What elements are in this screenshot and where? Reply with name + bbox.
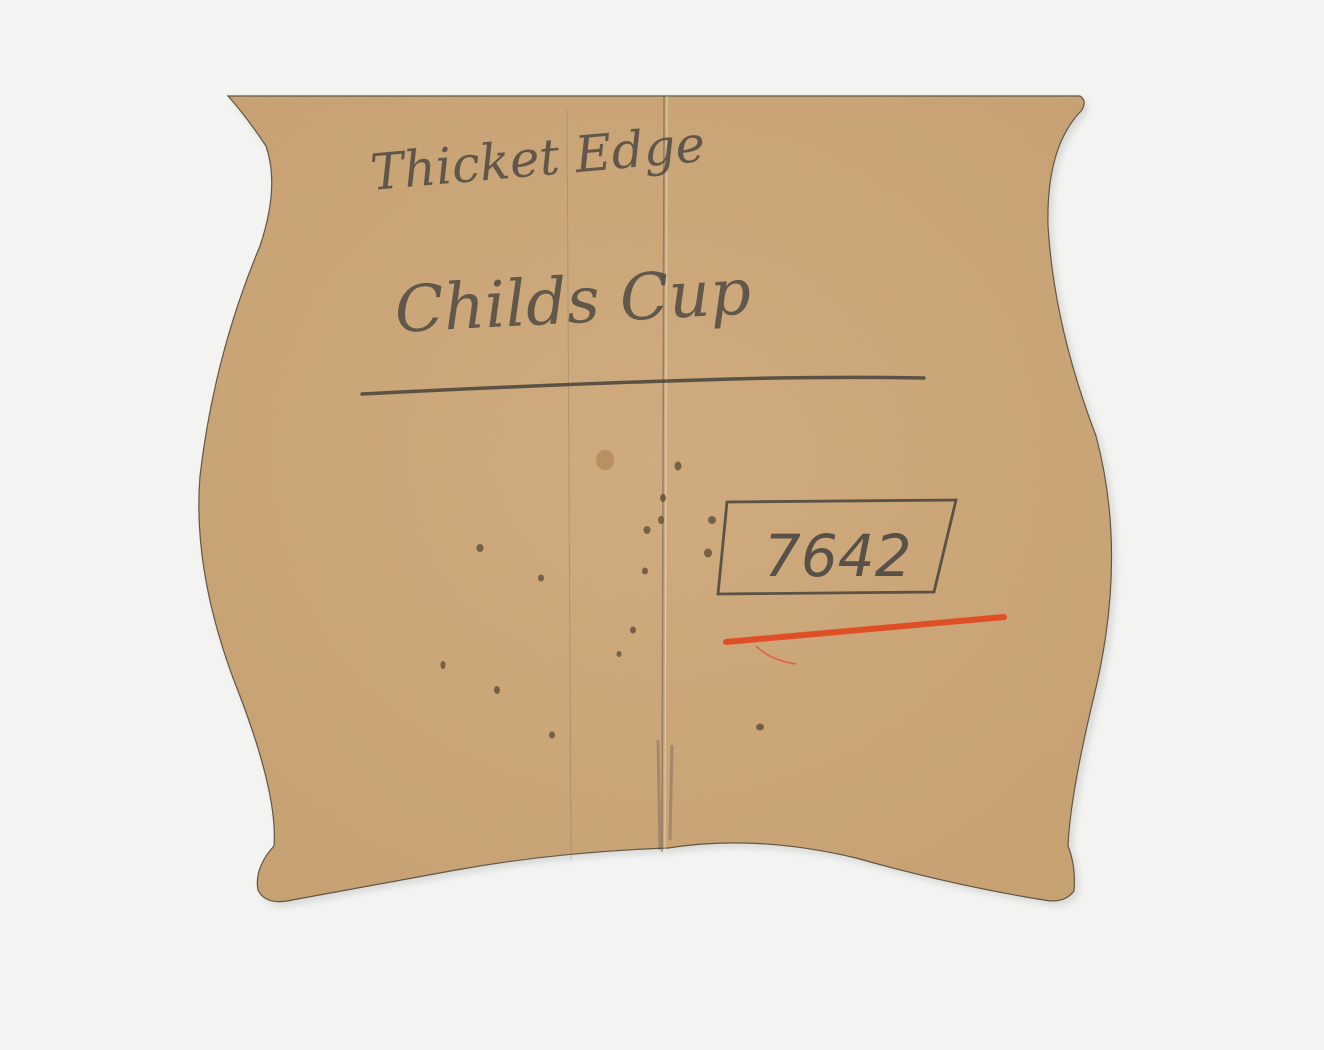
- catalog-number: 7642: [764, 522, 912, 590]
- stain: [596, 450, 614, 470]
- paper-template-artwork: Thicket Edge Childs Cup 7642: [0, 0, 1324, 1050]
- paper-grain: [199, 96, 1112, 902]
- photo-stage: Thicket Edge Childs Cup 7642: [0, 0, 1324, 1050]
